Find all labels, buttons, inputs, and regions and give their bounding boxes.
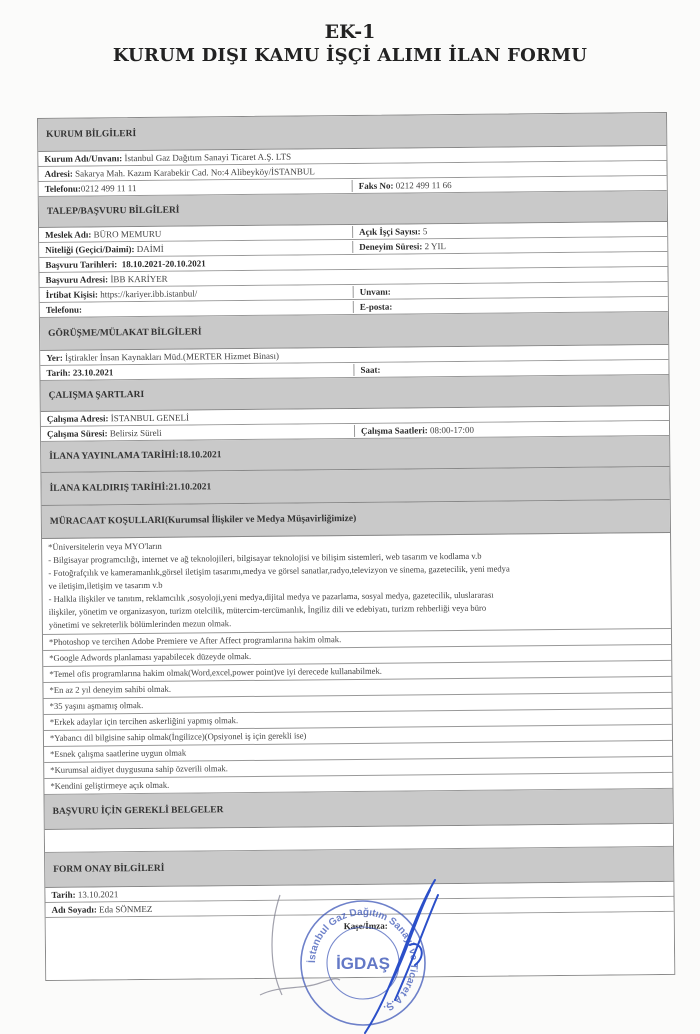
- label-email: E-posta:: [360, 302, 393, 312]
- section-belgeler-header: BAŞVURU İÇİN GEREKLİ BELGELER: [44, 789, 672, 830]
- annex-label: EK-1: [0, 20, 700, 44]
- value-openings: 5: [423, 226, 428, 236]
- value-dates: 18.10.2021-20.10.2021: [122, 258, 206, 269]
- muracaat-title: MÜRACAAT KOŞULLARI: [50, 516, 165, 527]
- document-header: EK-1 KURUM DIŞI KAMU İŞÇİ ALIMI İLAN FOR…: [0, 20, 700, 68]
- document-title: KURUM DIŞI KAMU İŞÇİ ALIMI İLAN FORMU: [0, 44, 700, 68]
- label-openings: Açık İşçi Sayısı:: [359, 226, 421, 237]
- job-posting-form: KURUM BİLGİLERİ Kurum Adı/Unvanı: İstanb…: [37, 112, 675, 981]
- value-interview-date: 23.10.2021: [73, 367, 114, 377]
- label-apply-address: Başvuru Adresi:: [46, 274, 109, 285]
- label-approver-name: Adı Soyadı:: [52, 904, 97, 914]
- label-work-duration: Çalışma Süresi:: [47, 428, 108, 439]
- label-experience: Deneyim Süresi:: [359, 241, 422, 252]
- value-kurum-name: İstanbul Gaz Dağıtım Sanayi Ticaret A.Ş.…: [124, 152, 291, 164]
- label-contact-title: Unvanı:: [360, 287, 391, 297]
- label-dates: Başvuru Tarihleri:: [45, 259, 117, 270]
- label-approval-date: Tarih:: [51, 890, 75, 900]
- label-kurum-phone: Telefonu:: [45, 184, 81, 194]
- value-apply-address: İBB KARİYER: [110, 274, 167, 285]
- label-interview-date: Tarih:: [46, 368, 70, 378]
- label-contact-phone: Telefonu:: [46, 305, 82, 315]
- value-job: BÜRO MEMURU: [94, 229, 162, 240]
- value-place: İştirakler İnsan Kaynakları Müd.(MERTER …: [65, 351, 279, 363]
- value-kurum-fax: 0212 499 11 66: [396, 180, 452, 191]
- label-work-address: Çalışma Adresi:: [47, 413, 109, 424]
- label-work-hours: Çalışma Saatleri:: [361, 425, 428, 436]
- education-requirements: *Üniversitelerin veya MYO'ların - Bilgis…: [42, 533, 671, 635]
- value-kurum-address: Sakarya Mah. Kazım Karabekir Cad. No:4 A…: [75, 166, 315, 178]
- value-work-duration: Belirsiz Süreli: [110, 428, 162, 438]
- value-contact-link[interactable]: https://kariyer.ibb.istanbul/: [100, 288, 197, 299]
- label-type: Niteliği (Geçici/Daimi):: [45, 244, 134, 255]
- signature-icon: [240, 865, 480, 1034]
- label-place: Yer:: [46, 353, 63, 363]
- label-job: Meslek Adı:: [45, 229, 91, 239]
- value-experience: 2 YIL: [425, 241, 447, 251]
- value-work-hours: 08:00-17:00: [430, 425, 474, 435]
- label-kurum-fax: Faks No:: [359, 181, 394, 191]
- label-kurum-address: Adresi:: [44, 169, 72, 179]
- label-kurum-name: Kurum Adı/Unvanı:: [44, 153, 122, 164]
- value-type: DAİMİ: [137, 244, 164, 254]
- value-kurum-phone: 0212 499 11 11: [81, 183, 137, 194]
- value-approver-name: Eda SÖNMEZ: [99, 904, 152, 915]
- muracaat-subtitle: (Kurumsal İlişkiler ve Medya Müşavirliği…: [165, 514, 356, 526]
- value-approval-date: 13.10.2021: [78, 889, 119, 899]
- label-interview-time: Saat:: [360, 365, 380, 375]
- label-contact: İrtibat Kişisi:: [46, 289, 98, 300]
- value-work-address: İSTANBUL GENELİ: [111, 413, 189, 424]
